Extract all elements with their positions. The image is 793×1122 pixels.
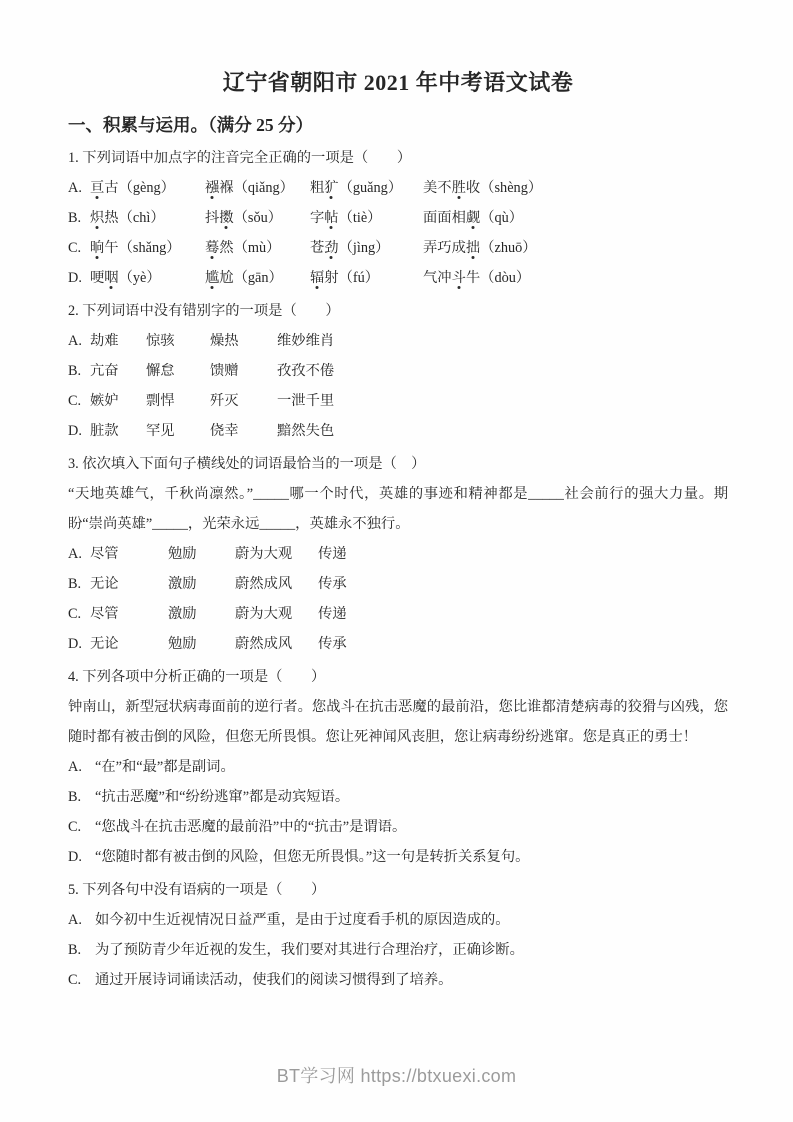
question-1: 1. 下列词语中加点字的注音完全正确的一项是（ ） A.亘古（gèng）襁褓（q…: [68, 143, 728, 293]
option-word: 蓦然（mù）: [205, 233, 310, 263]
question-5: 5. 下列各句中没有语病的一项是（ ） A.如今初中生近视情况日益严重，是由于过…: [68, 875, 728, 995]
option-word: 苍劲（jìng）: [310, 233, 423, 263]
q2-option-c: C.嫉妒剽悍歼灭一泄千里: [68, 386, 728, 416]
q3-option-a: A.尽管勉励蔚为大观传递: [68, 539, 728, 569]
option-label: C.: [68, 386, 90, 416]
q5-option-c: C.通过开展诗词诵读活动，使我们的阅读习惯得到了培养。: [68, 965, 728, 995]
footer: BT学习网 https://btxuexi.com: [0, 1062, 793, 1088]
option-label: B.: [68, 782, 95, 812]
option-word: 勉励: [168, 539, 235, 569]
q4-option-b: B.“抗击恶魔”和“纷纷逃窜”都是动宾短语。: [68, 782, 728, 812]
option-word: 懈怠: [146, 356, 210, 386]
option-label: C.: [68, 233, 90, 263]
option-word: 蔚为大观: [235, 539, 318, 569]
question-4: 4. 下列各项中分析正确的一项是（ ） 钟南山，新型冠状病毒面前的逆行者。您战斗…: [68, 662, 728, 872]
option-word: 字帖（tiè）: [310, 203, 423, 233]
q3-option-c: C.尽管激励蔚为大观传递: [68, 599, 728, 629]
option-label: A.: [68, 173, 90, 203]
option-word: 传递: [318, 539, 347, 569]
option-word: 无论: [90, 569, 168, 599]
option-word: 歼灭: [210, 386, 277, 416]
option-word: 燥热: [210, 326, 277, 356]
q4-option-a: A.“在”和“最”都是副词。: [68, 752, 728, 782]
option-word: 激励: [168, 569, 235, 599]
option-text: “抗击恶魔”和“纷纷逃窜”都是动宾短语。: [95, 789, 349, 805]
option-word: 脏款: [90, 416, 146, 446]
q3-stem: 3. 依次填入下面句子横线处的词语最恰当的一项是（ ）: [68, 449, 728, 479]
q3-option-d: D.无论勉励蔚然成风传承: [68, 629, 728, 659]
q4-stem: 4. 下列各项中分析正确的一项是（ ）: [68, 662, 728, 692]
option-label: D.: [68, 416, 90, 446]
option-word: 哽咽（yè）: [90, 263, 205, 293]
option-word: 无论: [90, 629, 168, 659]
q1-option-d: D.哽咽（yè）尴尬（gān）辐射（fú）气冲斗牛（dòu）: [68, 263, 728, 293]
option-label: B.: [68, 356, 90, 386]
option-word: 维妙维肖: [277, 326, 334, 356]
option-word: 尽管: [90, 539, 168, 569]
option-word: 亘古（gèng）: [90, 173, 205, 203]
option-text: “您战斗在抗击恶魔的最前沿”中的“抗击”是谓语。: [95, 819, 406, 835]
option-label: C.: [68, 812, 95, 842]
option-label: D.: [68, 842, 95, 872]
option-word: 罕见: [146, 416, 210, 446]
question-3: 3. 依次填入下面句子横线处的词语最恰当的一项是（ ） “天地英雄气，千秋尚凛然…: [68, 449, 728, 659]
option-word: 抖擞（sǒu）: [205, 203, 310, 233]
question-2: 2. 下列词语中没有错别字的一项是（ ） A.劫难惊骇燥热维妙维肖 B.亢奋懈怠…: [68, 296, 728, 446]
q5-stem: 5. 下列各句中没有语病的一项是（ ）: [68, 875, 728, 905]
q5-option-b: B.为了预防青少年近视的发生，我们要对其进行合理治疗，正确诊断。: [68, 935, 728, 965]
option-label: B.: [68, 935, 95, 965]
q1-option-c: C.晌午（shǎng）蓦然（mù）苍劲（jìng）弄巧成拙（zhuō）: [68, 233, 728, 263]
section-heading: 一、积累与运用。（满分 25 分）: [68, 110, 728, 140]
option-word: 惊骇: [146, 326, 210, 356]
option-word: 气冲斗牛（dòu）: [423, 263, 530, 293]
option-label: A.: [68, 752, 95, 782]
option-word: 剽悍: [146, 386, 210, 416]
option-label: D.: [68, 263, 90, 293]
option-word: 勉励: [168, 629, 235, 659]
option-text: 为了预防青少年近视的发生，我们要对其进行合理治疗，正确诊断。: [95, 942, 524, 958]
option-label: C.: [68, 965, 95, 995]
footer-site-link[interactable]: BT学习网 https://btxuexi.com: [277, 1066, 517, 1086]
option-word: 尽管: [90, 599, 168, 629]
option-word: 嫉妒: [90, 386, 146, 416]
q3-passage: “天地英雄气，千秋尚凛然。”_____哪一个时代，英雄的事迹和精神都是_____…: [68, 479, 728, 539]
option-word: 面面相觑（qù）: [423, 203, 523, 233]
option-label: A.: [68, 905, 95, 935]
option-word: 炽热（chì）: [90, 203, 205, 233]
option-word: 劫难: [90, 326, 146, 356]
q1-option-b: B.炽热（chì）抖擞（sǒu）字帖（tiè）面面相觑（qù）: [68, 203, 728, 233]
q3-option-b: B.无论激励蔚然成风传承: [68, 569, 728, 599]
option-word: 传承: [318, 569, 347, 599]
option-label: B.: [68, 569, 90, 599]
option-word: 蔚然成风: [235, 629, 318, 659]
option-word: 尴尬（gān）: [205, 263, 310, 293]
q2-option-d: D.脏款罕见侥幸黯然失色: [68, 416, 728, 446]
option-word: 蔚然成风: [235, 569, 318, 599]
option-word: 蔚为大观: [235, 599, 318, 629]
option-word: 侥幸: [210, 416, 277, 446]
option-text: 通过开展诗词诵读活动，使我们的阅读习惯得到了培养。: [95, 972, 452, 988]
q4-option-c: C.“您战斗在抗击恶魔的最前沿”中的“抗击”是谓语。: [68, 812, 728, 842]
q2-stem: 2. 下列词语中没有错别字的一项是（ ）: [68, 296, 728, 326]
q2-option-a: A.劫难惊骇燥热维妙维肖: [68, 326, 728, 356]
option-word: 亢奋: [90, 356, 146, 386]
option-word: 晌午（shǎng）: [90, 233, 205, 263]
option-label: D.: [68, 629, 90, 659]
option-word: 襁褓（qiǎng）: [205, 173, 310, 203]
option-word: 弄巧成拙（zhuō）: [423, 233, 537, 263]
option-word: 粗犷（guǎng）: [310, 173, 423, 203]
option-label: B.: [68, 203, 90, 233]
q2-option-b: B.亢奋懈怠馈赠孜孜不倦: [68, 356, 728, 386]
exam-page: 辽宁省朝阳市 2021 年中考语文试卷 一、积累与运用。（满分 25 分） 1.…: [68, 0, 728, 995]
exam-title: 辽宁省朝阳市 2021 年中考语文试卷: [68, 68, 728, 98]
option-text: “您随时都有被击倒的风险，但您无所畏惧。”这一句是转折关系复句。: [95, 849, 529, 865]
option-word: 传承: [318, 629, 347, 659]
q4-passage: 钟南山，新型冠状病毒面前的逆行者。您战斗在抗击恶魔的最前沿，您比谁都清楚病毒的狡…: [68, 692, 728, 752]
option-word: 激励: [168, 599, 235, 629]
option-word: 一泄千里: [277, 386, 334, 416]
q4-option-d: D.“您随时都有被击倒的风险，但您无所畏惧。”这一句是转折关系复句。: [68, 842, 728, 872]
option-word: 黯然失色: [277, 416, 334, 446]
option-text: 如今初中生近视情况日益严重，是由于过度看手机的原因造成的。: [95, 912, 510, 928]
option-text: “在”和“最”都是副词。: [95, 759, 235, 775]
option-word: 馈赠: [210, 356, 277, 386]
option-word: 美不胜收（shèng）: [423, 173, 542, 203]
q5-option-a: A.如今初中生近视情况日益严重，是由于过度看手机的原因造成的。: [68, 905, 728, 935]
option-label: A.: [68, 326, 90, 356]
q1-stem: 1. 下列词语中加点字的注音完全正确的一项是（ ）: [68, 143, 728, 173]
option-word: 传递: [318, 599, 347, 629]
option-label: A.: [68, 539, 90, 569]
q1-option-a: A.亘古（gèng）襁褓（qiǎng）粗犷（guǎng）美不胜收（shèng）: [68, 173, 728, 203]
option-word: 孜孜不倦: [277, 356, 334, 386]
option-word: 辐射（fú）: [310, 263, 423, 293]
option-label: C.: [68, 599, 90, 629]
